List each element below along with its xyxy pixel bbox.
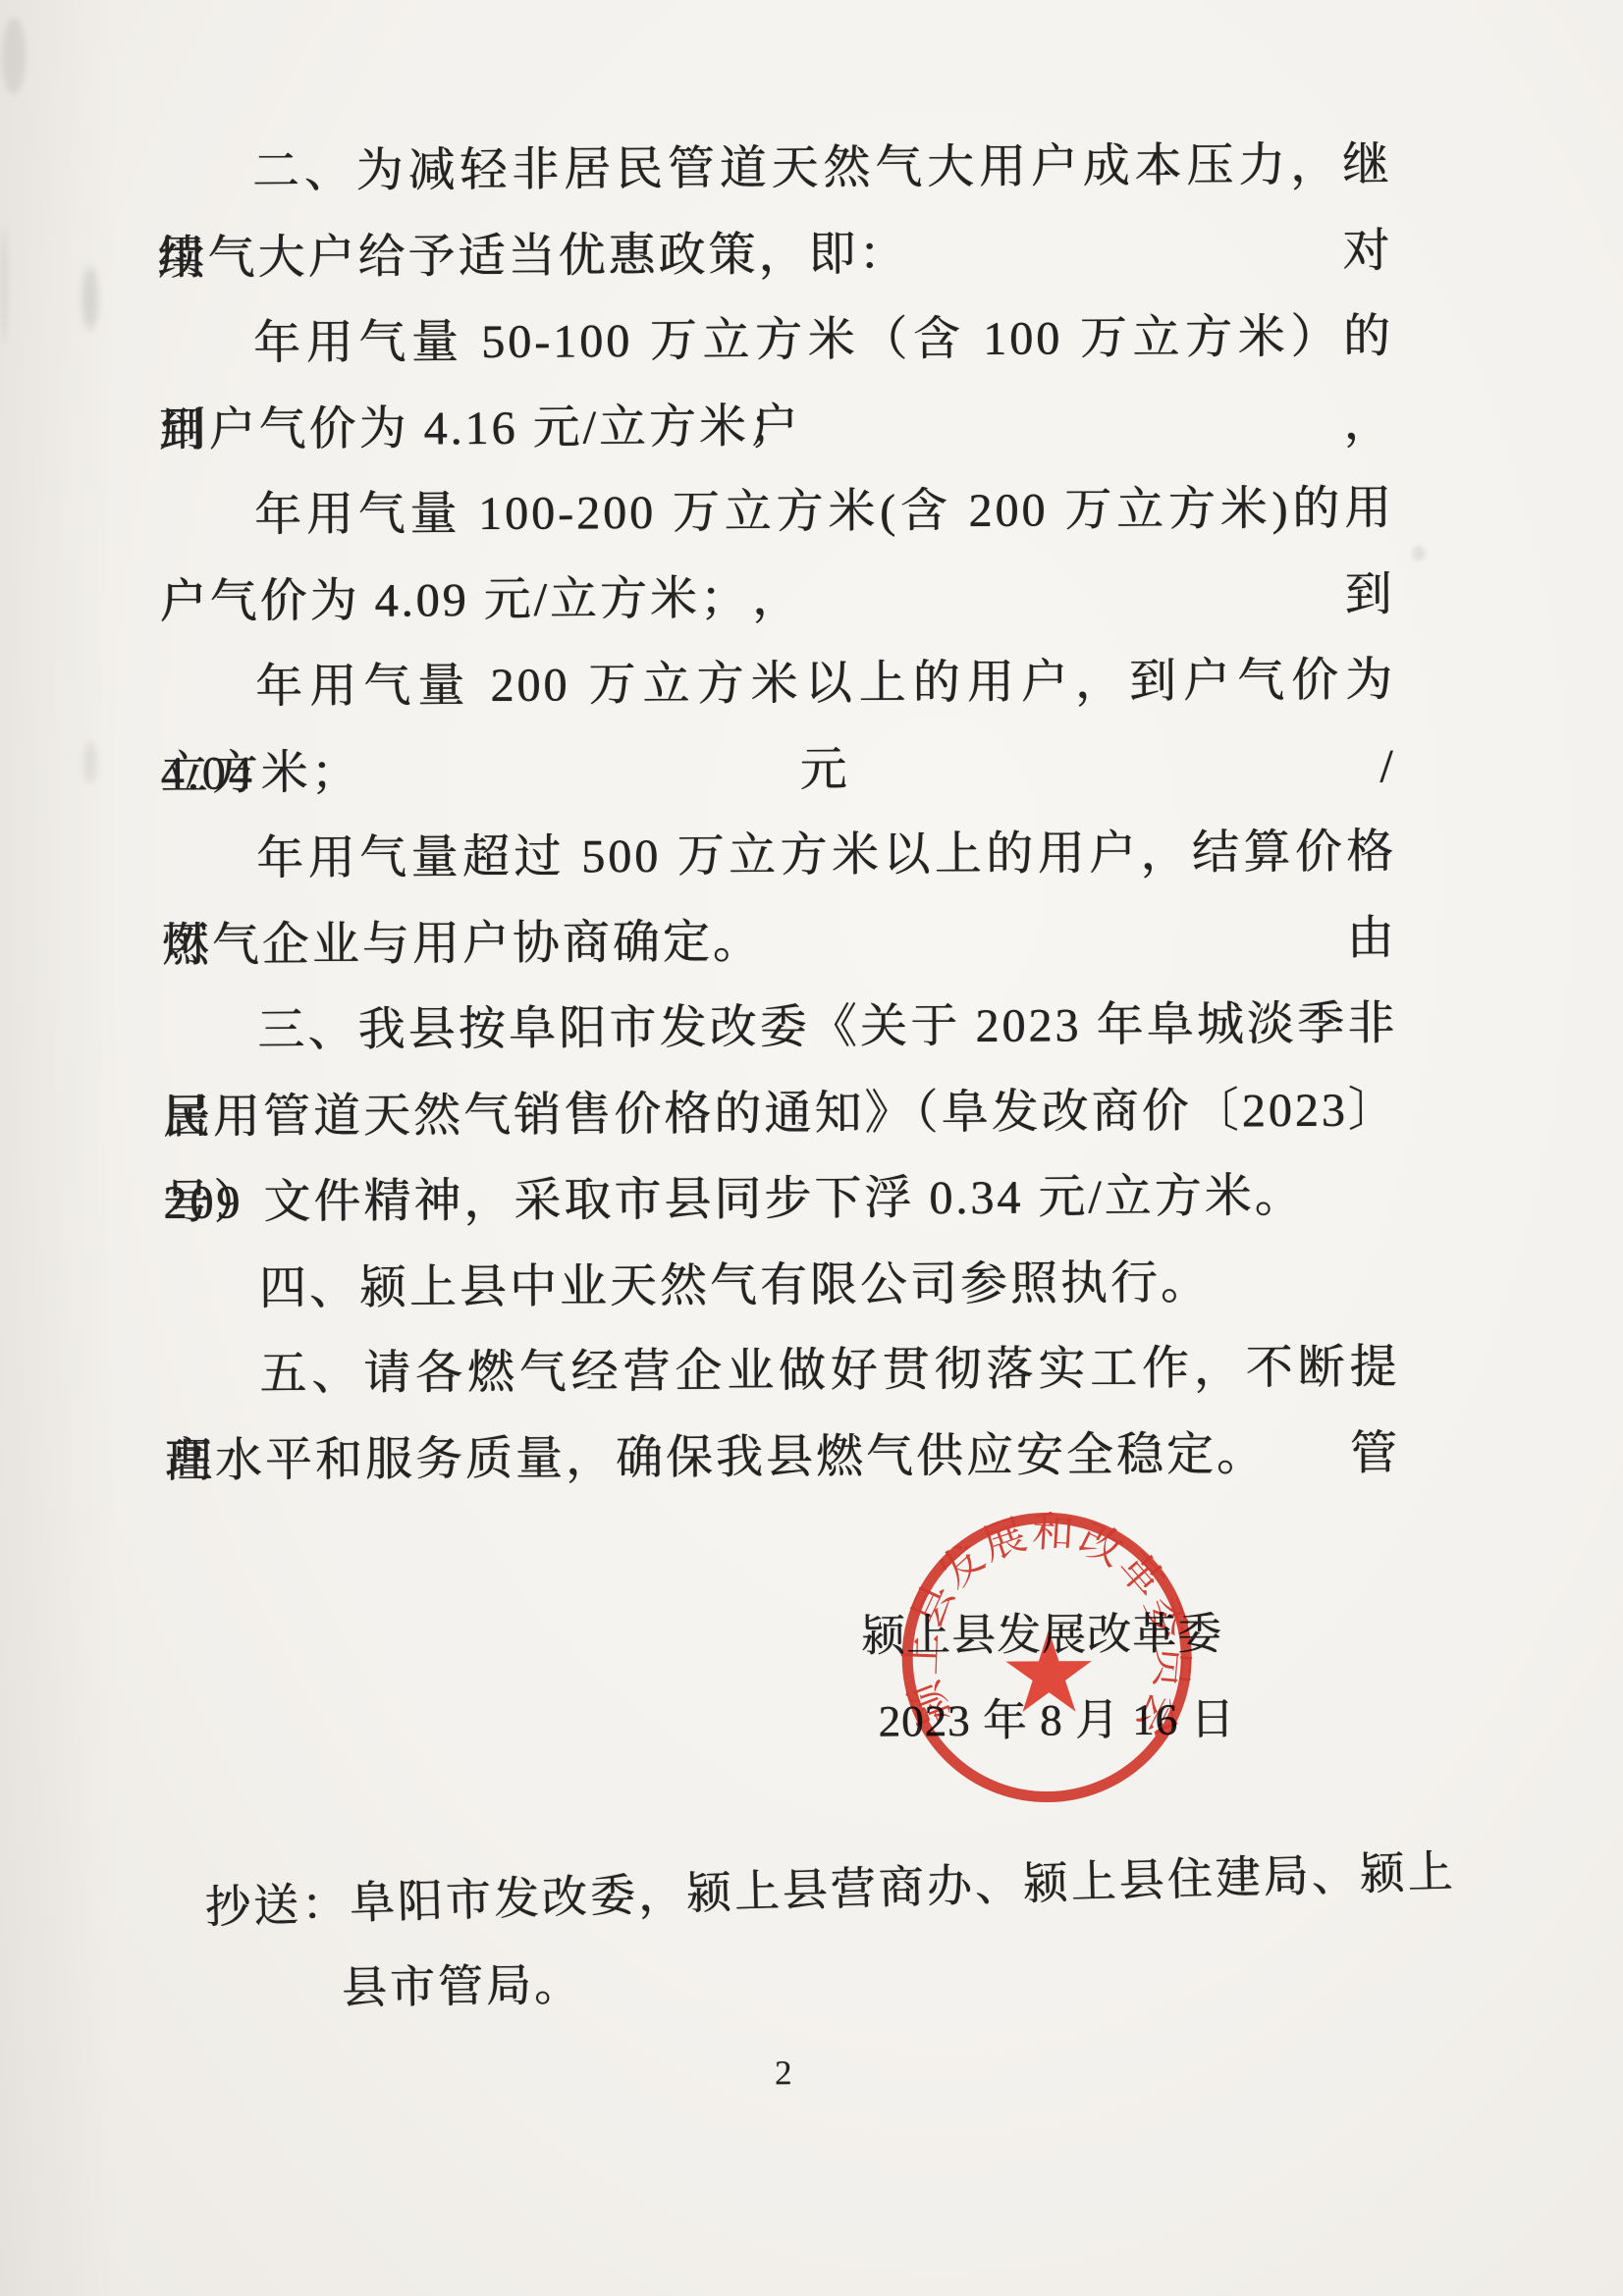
document-line: 年用气量 200 万立方米以上的用户，到户气价为 4.04 元/: [160, 637, 1396, 730]
document-line: 年用气量超过 500 万立方米以上的用户，结算价格可由: [161, 809, 1397, 902]
document-body: 二、为减轻非居民管道天然气大用户成本压力，继续对用气大户给予适当优惠政策，即：年…: [157, 122, 1401, 1504]
document-line: 年用气量 50-100 万立方米（含 100 万立方米）的用户，: [158, 294, 1394, 387]
document-line: 五、请各燃气经营企业做好贯彻落实工作，不断提高管: [164, 1324, 1400, 1417]
cc-line: 县市管局。: [341, 1949, 582, 2017]
page-number: 2: [762, 2054, 805, 2093]
document-line: 二、为减轻非居民管道天然气大用户成本压力，继续对: [157, 122, 1393, 215]
document-line: 理水平和服务质量，确保我县燃气供应安全稳定。: [165, 1411, 1401, 1504]
document-content: 二、为减轻非居民管道天然气大用户成本压力，继续对用气大户给予适当优惠政策，即：年…: [0, 0, 1623, 2296]
cc-line: 抄送：阜阳市发改委，颍上县营商办、颍上县住建局、颍上: [204, 1836, 1456, 1937]
document-line: 号）文件精神，采取市县同步下浮 0.34 元/立方米。: [163, 1152, 1399, 1246]
document-line: 三、我县按阜阳市发改委《关于 2023 年阜城淡季非居: [162, 981, 1398, 1074]
scanned-document-page: 二、为减轻非居民管道天然气大用户成本压力，继续对用气大户给予适当优惠政策，即：年…: [0, 0, 1623, 2296]
signature-org: 颍上县发展改革委: [861, 1597, 1222, 1663]
document-line: 年用气量 100-200 万立方米(含 200 万立方米)的用户，到: [159, 465, 1395, 559]
document-line: 民用管道天然气销售价格的通知》（阜发改商价〔2023〕209: [163, 1067, 1399, 1160]
document-line: 四、颍上县中业天然气有限公司参照执行。: [164, 1239, 1400, 1332]
signature-date: 2023 年 8 月 16 日: [878, 1682, 1235, 1748]
